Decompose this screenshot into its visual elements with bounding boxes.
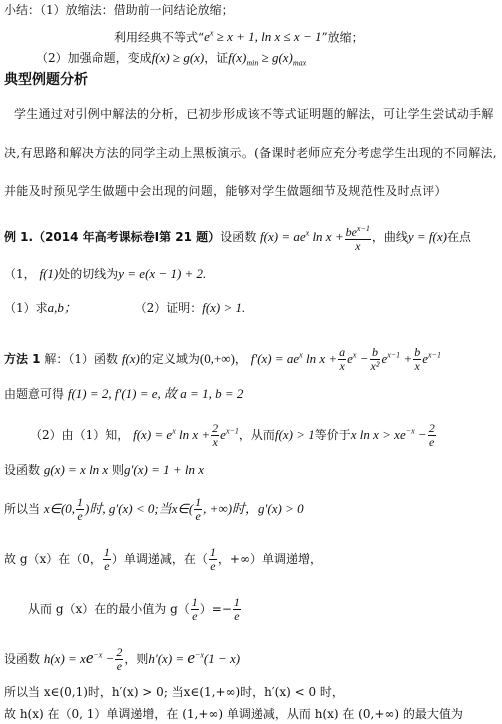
method1-line-6: 故 g（x）在（0，1e）单调递减，在（1e，+∞）单调递增， — [4, 546, 322, 573]
question-2: （2）证明： — [135, 301, 203, 315]
method1-line-9: 所以当 x∈(0,1)时，h′(x) > 0; 当x∈(1,+∞)时，h′(x)… — [4, 684, 344, 700]
example-stem: 例 1.（2014 年高考课标卷Ⅰ第 21 题）设函数 f(x) = aex l… — [4, 222, 471, 253]
fraction: 2e — [115, 646, 123, 673]
formula: f(x) > 1 — [275, 427, 315, 442]
formula: (0,+∞) — [200, 351, 235, 366]
summary-text: ，证 — [204, 51, 228, 65]
method1-line-8: 设函数 h(x) = xe−x −2e，则h′(x) = e−x(1 − x) — [4, 646, 240, 673]
fraction: bx² — [370, 346, 381, 373]
derivative-formula: f′(x) = aex ln x + — [251, 351, 337, 366]
method1-line-4: 设函数 g(x) = x ln x 则g′(x) = 1 + ln x — [4, 462, 204, 478]
fraction: bex−1x — [345, 222, 371, 253]
formula: h(x) = xe−x − — [44, 651, 115, 666]
text: ，则 — [124, 652, 148, 666]
formula: x∈(0, — [44, 501, 75, 516]
fraction: 1e — [103, 546, 111, 573]
fraction: bx — [413, 346, 421, 373]
text: 则 — [112, 463, 124, 477]
formula: y = e(x − 1) + 2. — [118, 266, 206, 281]
text: 故 g（x）在（0， — [4, 552, 102, 566]
text: 解：（1）函数 — [44, 352, 118, 366]
summary-line-1: 小结：（1）放缩法：借助前一问结论放缩； — [4, 2, 234, 18]
formula: f(1) — [39, 266, 58, 281]
fraction: 1e — [76, 496, 84, 523]
text: 从而 g（x）在的最小值为 g（ — [28, 602, 190, 616]
formula: g(x) = x ln x — [44, 462, 108, 477]
text: （2）由（1）知， — [30, 428, 129, 442]
text: 设函数 — [220, 230, 256, 244]
example-questions: （1）求a,b； （2）证明：f(x) > 1. — [4, 300, 245, 316]
question-1: （1）求 — [4, 301, 48, 315]
method1-line-7: 从而 g（x）在的最小值为 g（1e）=−1e — [28, 596, 242, 623]
fraction: 1e — [233, 596, 241, 623]
text: 在点 — [447, 230, 471, 244]
inequality-formula: ex ≥ x + 1, ln x ≤ x − 1 — [204, 29, 321, 44]
intro-line-1: 学生通过对引例中解法的分析，已初步形成该不等式证明题的解法，可让学生尝试动手解 — [14, 106, 494, 122]
fraction: 1e — [209, 546, 217, 573]
text: 设函数 — [4, 463, 40, 477]
fraction: 1e — [194, 496, 202, 523]
method1-line-10: 故 h(x) 在（0, 1）单调递增，在 (1,+∞) 单调递减，从而 h(x)… — [4, 706, 463, 722]
formula: ex−1 + — [381, 351, 412, 366]
fraction: 2e — [428, 422, 436, 449]
formula: ex − — [347, 351, 368, 366]
formula: )时, g′(x) < 0;当x∈( — [85, 501, 193, 516]
text: 设函数 — [4, 652, 40, 666]
summary-text: 小结：（1）放缩法：借助前一问结论放缩； — [4, 3, 234, 17]
formula: f(x) = aex ln x + — [260, 229, 344, 244]
text: ，从而 — [239, 428, 275, 442]
method1-line-5: 所以当 x∈(0,1e)时, g′(x) < 0;当x∈(1e, +∞)时，g′… — [4, 496, 304, 523]
text: 所以当 — [4, 502, 40, 516]
fraction: 2x — [211, 422, 219, 449]
method-label: 方法 1 — [4, 352, 41, 366]
formula: f(x) — [122, 351, 140, 366]
text: 等价于 — [315, 428, 351, 442]
formula: , +∞)时，g′(x) > 0 — [203, 501, 303, 516]
summary-text: ”放缩； — [321, 30, 363, 44]
method1-line-1: 方法 1 解：（1）函数 f(x)的定义域为(0,+∞)， f′(x) = ae… — [4, 346, 441, 373]
text: 的定义域为 — [140, 352, 200, 366]
text: 由题意可得 — [4, 387, 64, 401]
text: ，曲线 — [372, 230, 408, 244]
formula: f(x) ≥ g(x) — [152, 50, 205, 65]
intro-line-3: 并能及时预见学生做题中会出现的问题，能够对学生做题细节及规范性及时点评） — [4, 183, 447, 199]
intro-line-2: 决,有思路和解决方法的同学主动上黑板演示。(备课时老师应充分考虑学生出现的不同解… — [4, 145, 497, 161]
formula: g′(x) = 1 + ln x — [124, 462, 204, 477]
summary-line-3: （2）加强命题，变成f(x) ≥ g(x)，证f(x)min ≥ g(x)max — [36, 50, 306, 72]
formula: ex−1 — [220, 427, 239, 442]
formula: f(x) = ex ln x + — [133, 427, 210, 442]
text: ，+∞）单调递增， — [218, 552, 322, 566]
formula: f(1) = 2, f′(1) = e, 故 a = 1, b = 2 — [68, 386, 244, 401]
summary-line-2: 利用经典不等式“ex ≥ x + 1, ln x ≤ x − 1”放缩； — [114, 26, 364, 45]
text: ）单调递减，在（ — [112, 552, 208, 566]
formula: ex−1 — [422, 351, 441, 366]
text: ）=− — [200, 602, 232, 616]
text: 处的切线为 — [58, 267, 118, 281]
fraction: ax — [338, 346, 346, 373]
summary-text: 利用经典不等式“ — [114, 30, 204, 44]
method1-line-3: （2）由（1）知， f(x) = ex ln x +2xex−1，从而f(x) … — [30, 422, 437, 449]
formula: y = f(x) — [408, 229, 447, 244]
fraction: 1e — [191, 596, 199, 623]
formula: h′(x) = e−x(1 − x) — [148, 651, 240, 666]
example-line-2: （1， f(1)处的切线为y = e(x − 1) + 2. — [4, 266, 206, 282]
text: （1， — [4, 267, 36, 281]
example-title: 例 1.（2014 年高考课标卷Ⅰ第 21 题） — [4, 230, 220, 244]
formula: f(x)min ≥ g(x)max — [228, 50, 306, 65]
method1-line-2: 由题意可得 f(1) = 2, f′(1) = e, 故 a = 1, b = … — [4, 386, 243, 402]
formula: a,b； — [48, 300, 77, 315]
summary-text: （2）加强命题，变成 — [36, 51, 152, 65]
section-heading: 典型例题分析 — [4, 72, 88, 88]
formula: x ln x > xe−x − — [351, 427, 427, 442]
formula: f(x) > 1. — [202, 300, 245, 315]
